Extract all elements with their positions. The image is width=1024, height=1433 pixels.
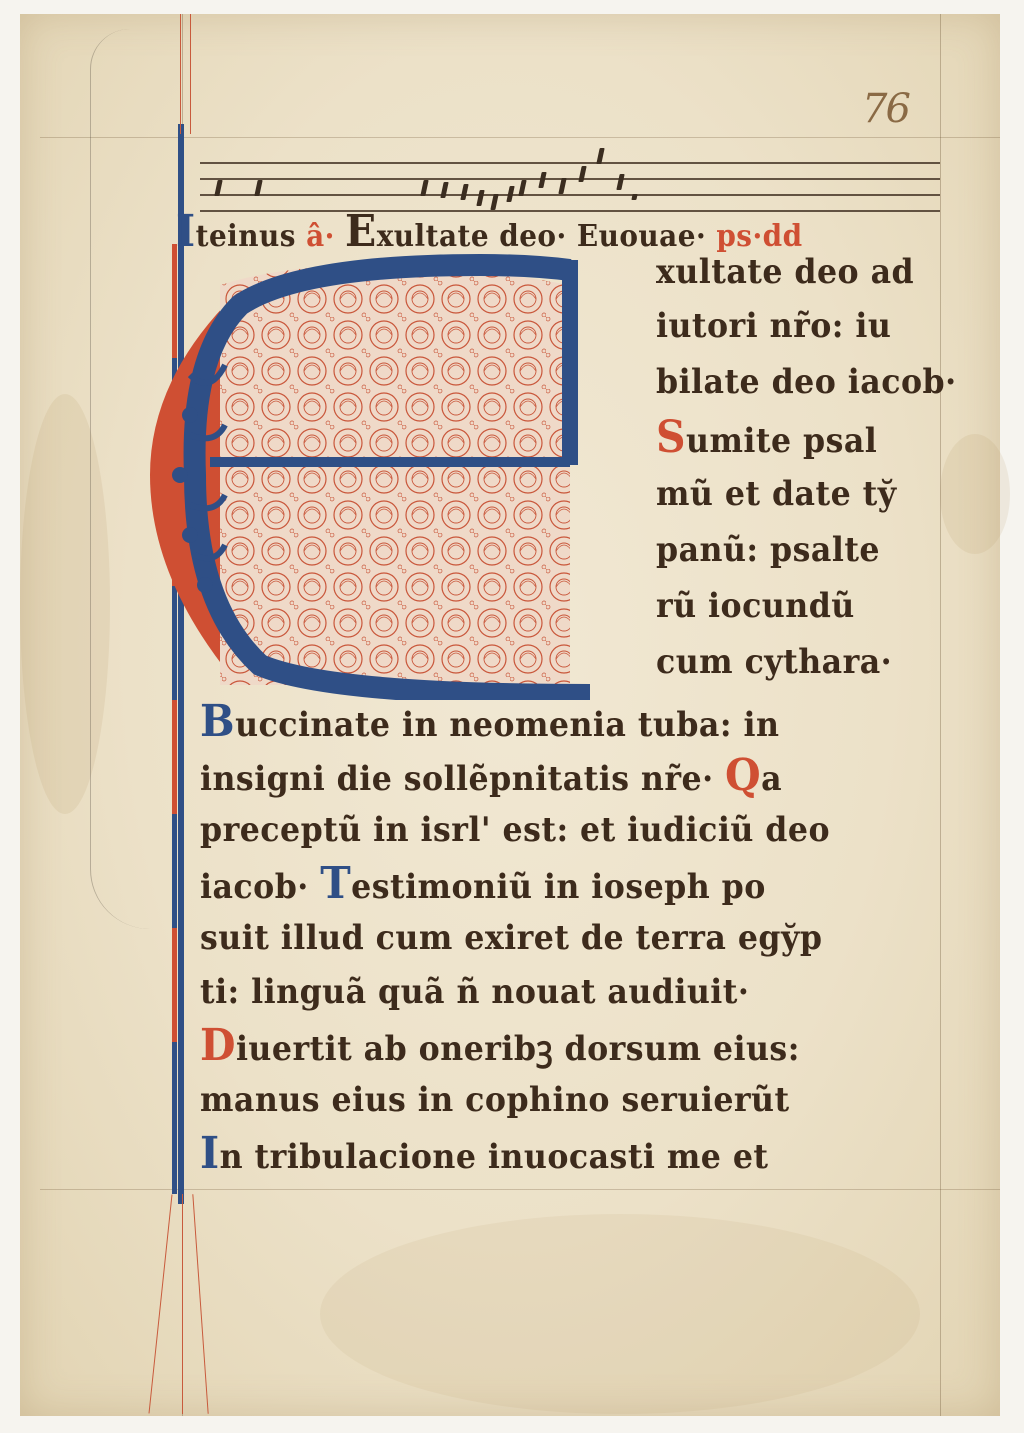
line-text: manus eius in cophino seruierũt	[200, 1080, 790, 1120]
neume-icon	[616, 174, 624, 190]
text-line: iacob· Testimoniũ in ioseph po	[200, 864, 766, 907]
text-line: Buccinate in neomenia tuba: in	[200, 702, 779, 745]
text-line: xultate deo ad	[656, 252, 914, 292]
neume-icon	[558, 178, 566, 194]
line-text: bilate deo iacob·	[656, 362, 957, 402]
text-line: insigni die sollẽpnitatis nr̃e· Qa	[200, 756, 782, 799]
line-text: uccinate in neomenia tuba: in	[235, 705, 779, 745]
text-line: suit illud cum exiret de terra egy̆p	[200, 918, 822, 958]
line-text: estimoniũ in ioseph po	[351, 867, 766, 907]
flourish-spray-top	[190, 14, 191, 134]
staff-line	[200, 194, 940, 196]
margin-sketch	[90, 29, 151, 929]
line-text: insigni die sollẽpnitatis nr̃e·	[200, 759, 714, 799]
ruling-horizontal	[40, 137, 1000, 138]
staff-line	[200, 178, 940, 180]
flourish-spray-bottom	[192, 1194, 208, 1414]
ruling-vertical	[940, 14, 941, 1416]
text-line: Diuertit ab oneribꝫ dorsum eius:	[200, 1026, 800, 1069]
red-initial: Q	[725, 750, 761, 801]
stain	[320, 1214, 920, 1414]
line-text: umite psal	[686, 421, 877, 461]
line-text: iacob·	[200, 867, 309, 907]
line-text: n tribulacione inuocasti me et	[220, 1137, 769, 1177]
line-text: preceptũ in isrl' est: et iudiciũ deo	[200, 810, 830, 850]
flourish-spray-top	[180, 14, 181, 134]
text-line: manus eius in cophino seruierũt	[200, 1080, 790, 1120]
text-line: iutori nr̃o: iu	[656, 306, 891, 346]
line-text: rũ iocundũ	[656, 586, 855, 626]
line-text: a	[761, 759, 782, 799]
blue-initial: B	[200, 696, 235, 747]
blue-initial: T	[320, 858, 351, 909]
line-text: suit illud cum exiret de terra egy̆p	[200, 918, 822, 958]
neume-icon	[476, 190, 484, 206]
text-line: mũ et date ty̆	[656, 474, 897, 514]
psalm-rubric: ps·dd	[716, 219, 802, 254]
line-text: ti: linguã quã ñ nouat audiuit·	[200, 972, 749, 1012]
flourish-spray-bottom	[182, 1194, 183, 1414]
text-line: ti: linguã quã ñ nouat audiuit·	[200, 972, 749, 1012]
text-line: bilate deo iacob·	[656, 362, 957, 402]
blue-initial: I	[200, 1128, 220, 1179]
stain	[940, 434, 1010, 554]
neume-icon	[538, 172, 546, 188]
neume-icon	[631, 194, 637, 200]
line-text: cum cythara·	[656, 642, 892, 682]
red-initial: D	[200, 1020, 236, 1071]
flourish-spray-bottom	[149, 1195, 173, 1414]
red-initial: S	[656, 412, 686, 463]
line-text: panũ: psalte	[656, 530, 880, 570]
folio-number: 76	[862, 86, 909, 132]
staff-line	[200, 162, 940, 164]
line-text: iutori nr̃o: iu	[656, 306, 891, 346]
illuminated-initial-e-icon	[150, 245, 640, 700]
text-line: In tribulacione inuocasti me et	[200, 1134, 768, 1177]
text-line: panũ: psalte	[656, 530, 880, 570]
line-text: mũ et date ty̆	[656, 474, 897, 514]
text-line: rũ iocundũ	[656, 586, 855, 626]
line-text: xultate deo ad	[656, 252, 914, 292]
line-text: iuertit ab oneribꝫ dorsum eius:	[236, 1029, 800, 1069]
text-line: cum cythara·	[656, 642, 892, 682]
text-line: preceptũ in isrl' est: et iudiciũ deo	[200, 810, 830, 850]
text-line: Sumite psal	[656, 418, 877, 461]
neume-icon	[490, 194, 498, 210]
neume-icon	[460, 184, 468, 200]
ruling-horizontal	[40, 1189, 1000, 1190]
